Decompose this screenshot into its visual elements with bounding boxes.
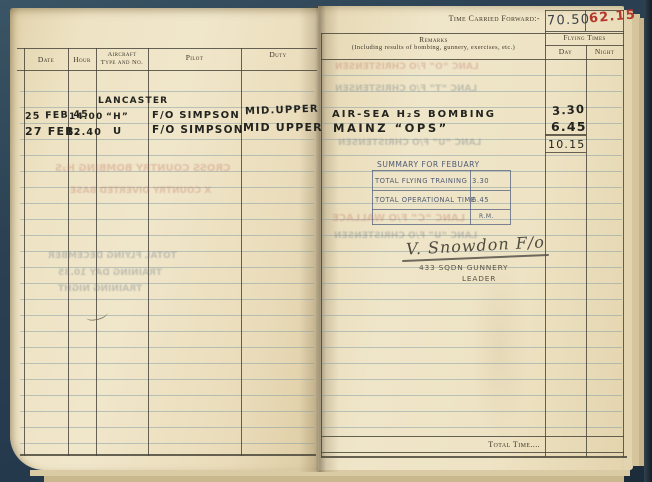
bleed-through-text: LANC “C” F/O WALLACE (332, 213, 465, 224)
bleed-through-text: LANC “U” F/O CHRISTENSEN (334, 231, 477, 241)
grid-line (372, 170, 510, 171)
grid-line (372, 224, 510, 225)
bleed-through-text: TOTAL FLYING DECEMBER (48, 251, 177, 261)
carried-forward-day-value: 70.50 (547, 12, 586, 28)
carried-forward-night-value: 62.15 (588, 9, 623, 27)
aircraft-column-heading-line2: Type and No. (96, 59, 148, 66)
summary-row1-value: 3.30 (472, 177, 489, 185)
bleed-through-text: LANC “U” F/O CHRISTENSEN (338, 138, 481, 148)
grid-line (545, 152, 586, 153)
entry-day-time: 6.45 (551, 119, 581, 134)
time-carried-forward-label: Time Carried Forward:- (400, 14, 540, 23)
grid-line (321, 59, 624, 60)
grid-line (241, 48, 242, 456)
grid-line (20, 454, 316, 456)
grid-line (545, 31, 546, 457)
duty-column-heading: Duty (241, 50, 315, 59)
hour-column-heading: Hour (68, 55, 96, 64)
summary-initials: R.M. (479, 213, 494, 220)
entry-pilot: F/O SIMPSON (152, 124, 244, 136)
total-time-label: Total Time.... (400, 440, 540, 449)
grid-line (586, 45, 587, 457)
pilot-column-heading: Pilot (148, 53, 241, 62)
grid-line (623, 31, 624, 457)
grid-line (321, 452, 624, 453)
entry-pilot: F/O SIMPSON (152, 110, 240, 121)
day-column-heading: Day (545, 47, 586, 56)
remarks-heading: Remarks (322, 35, 545, 44)
grid-line (545, 45, 624, 46)
grid-line (372, 209, 510, 210)
grid-line (372, 190, 510, 191)
grid-line (510, 170, 511, 225)
signature-unit-line2: LEADER (462, 274, 496, 283)
flying-times-heading: Flying Times (545, 33, 624, 42)
summary-row1-label: TOTAL FLYING TRAINING (375, 177, 467, 185)
summary-row2-value: 6.45 (472, 196, 489, 204)
summary-title: SUMMARY FOR FEBUARY (377, 160, 480, 169)
grid-line (321, 456, 627, 458)
grid-line (545, 31, 624, 32)
grid-line (17, 70, 317, 71)
entry-duty: MID UPPER (243, 121, 323, 134)
grid-line (17, 48, 317, 49)
entry-remarks: AIR-SEA H₂S BOMBING (332, 109, 496, 120)
bleed-through-text: LANC “T” F/O CHRISTENSEN (335, 84, 477, 94)
entry-remarks: MAINZ “OPS” (333, 121, 449, 135)
grid-line (321, 436, 624, 437)
grid-line (24, 48, 25, 456)
date-column-heading: Date (24, 55, 68, 64)
book-cover-edge (644, 0, 652, 482)
bleed-through-text: CROSS COUNTRY BOMBING H₂S (55, 163, 230, 174)
bleed-through-text: LANC “O” F/O CHRISTENSEN (335, 62, 479, 72)
logbook-open-spread: Time Carried Forward:- Flying Times Day … (0, 0, 652, 482)
signature-unit-line1: 433 SQDN GUNNERY (419, 263, 508, 272)
grid-line (321, 33, 322, 457)
bleed-through-text: TRAINING DAY 10.35 (58, 268, 162, 278)
entry-aircraft-type: LANCASTER (98, 96, 168, 106)
entry-aircraft-no: U (113, 126, 122, 137)
night-column-heading: Night (586, 47, 623, 56)
entry-aircraft-no: “H” (106, 112, 129, 122)
grid-line (545, 134, 586, 136)
day-total-value: 10.15 (548, 138, 584, 151)
summary-row2-label: TOTAL OPERATIONAL TIME (375, 196, 476, 204)
bleed-through-text: TRAINING NIGHT (58, 284, 142, 294)
remarks-subheading: (Including results of bombing, gunnery, … (322, 44, 545, 51)
page-edge-stack (44, 476, 624, 482)
aircraft-column-heading-line1: Aircraft (96, 51, 148, 58)
entry-day-time: 3.30 (552, 102, 583, 118)
entry-hour: 14.00 (69, 112, 103, 122)
bleed-through-text: X COUNTRY DIVERTED BASE (70, 186, 211, 196)
entry-hour: 12.40 (66, 127, 102, 138)
